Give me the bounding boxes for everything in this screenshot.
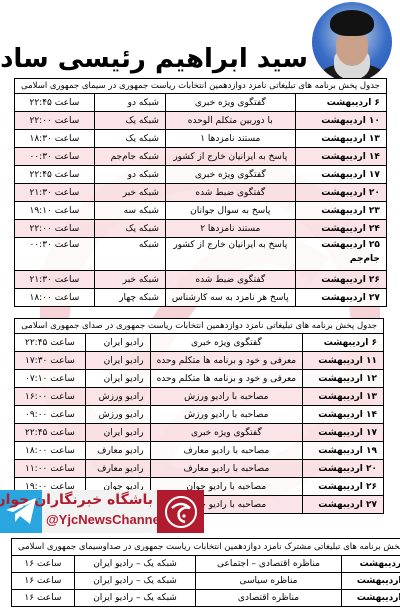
network-cell: شبکه یک — [94, 220, 165, 238]
time-cell: ساعت ۲۲:۴۵ — [15, 94, 95, 112]
time-cell: ساعت ۱۶ — [12, 556, 75, 573]
date-cell: ۱۰ اردیبهشت — [295, 112, 386, 130]
time-cell: ساعت ۲۱:۳۰ — [15, 271, 95, 289]
table-row: ۱۱ اردیبهشتمعرفی و خود و برنامه ها متکلم… — [15, 352, 384, 370]
program-cell: مصاحبه با رادیو ورزش — [150, 406, 303, 424]
network-cell: رادیو ایران — [85, 334, 150, 352]
table-row: ۱۴ اردیبهشتپاسخ به ایرانیان خارج از کشور… — [15, 148, 387, 166]
network-cell: شبکه دو — [94, 166, 165, 184]
table-row: ۲۴ اردیبهشتمستند نامزدها ۲شبکه یکساعت ۲۲… — [15, 220, 387, 238]
table-row: ۱۳ اردیبهشتمصاحبه با رادیو ورزشرادیو ورز… — [15, 388, 384, 406]
date-cell: ۱۳ اردیبهشت — [295, 130, 386, 148]
date-cell: ۲۶ اردیبهشت — [295, 271, 386, 289]
date-cell: ۲۰ اردیبهشت — [303, 460, 384, 478]
time-cell: ساعت ۲۲:۰۰ — [15, 220, 95, 238]
network-cell: رادیو ایران — [85, 424, 150, 442]
date-cell: ۲۲ اردیبهشت — [341, 590, 400, 607]
time-cell: ساعت ۱۸:۰۰ — [15, 289, 95, 307]
date-cell: ۱۲ اردیبهشت — [303, 370, 384, 388]
time-cell: ساعت ۱۷:۳۰ — [15, 352, 86, 370]
time-cell: ساعت ۲۲:۴۵ — [15, 334, 86, 352]
time-cell: ساعت ۱۶:۰۰ — [15, 388, 86, 406]
network-cell: رادیو معارف — [85, 442, 150, 460]
date-cell: ۶ اردیبهشت — [303, 334, 384, 352]
table-row: ۱۰ اردیبهشتبا دوربین متکلم الوحدهشبکه یک… — [15, 112, 387, 130]
time-cell: ساعت ۲۲:۴۵ — [15, 424, 86, 442]
channel-name: باشگاه خبرنگاران جوان — [0, 492, 153, 508]
program-cell: مناظره اقتصادی — [196, 590, 342, 607]
program-cell: مصاحبه با رادیو معارف — [150, 442, 303, 460]
time-cell: ساعت ۱۸:۰۰ — [15, 442, 86, 460]
network-cell: شبکه چهار — [94, 289, 165, 307]
network-cell: شبکه یک – رادیو ایران — [74, 573, 195, 590]
date-cell: ۸ اردیبهشت — [341, 556, 400, 573]
table-caption: جدول پخش برنامه های تبلیغاتی مشترک نامزد… — [12, 539, 400, 556]
program-cell: مصاحبه با رادیو معارف — [150, 460, 303, 478]
date-cell: ۲۰ اردیبهشت — [295, 184, 386, 202]
table-caption: جدول پخش برنامه های تبلیغاتی نامزد دوازد… — [15, 319, 384, 334]
table-row: ۱۷ اردیبهشتگفتگوی ویژه خبریشبکه دوساعت ۲… — [15, 166, 387, 184]
network-cell: رادیو معارف — [85, 460, 150, 478]
yjc-telegram-banner[interactable]: باشگاه خبرنگاران جوان @YjcNewsChannel — [0, 490, 204, 533]
time-cell: ساعت ۰۰:۳۰ — [15, 238, 95, 271]
date-cell: ۲۷ اردیبهشت — [295, 289, 386, 307]
time-cell: ساعت ۲۲:۰۰ — [15, 112, 95, 130]
date-cell: ۶ اردیبهشت — [295, 94, 386, 112]
network-cell: رادیو ورزش — [85, 406, 150, 424]
time-cell: ساعت ۰۷:۱۰ — [15, 370, 86, 388]
program-cell: مناظره سیاسی — [196, 573, 342, 590]
table-row: ۶ اردیبهشتگفتگوی ویژه خبریرادیو ایرانساع… — [15, 334, 384, 352]
time-cell: ساعت ۱۱:۰۰ — [15, 460, 86, 478]
yjc-logo — [157, 490, 204, 533]
network-cell: شبکه خبر — [94, 184, 165, 202]
network-cell: شبکه یک — [94, 112, 165, 130]
table-row: ۲۲ اردیبهشتمناظره اقتصادیشبکه یک – رادیو… — [12, 590, 400, 607]
network-cell: رادیو ایران — [85, 352, 150, 370]
network-cell: شبکه جام‌جم — [94, 148, 165, 166]
program-cell: مناظره اقتصادی – اجتماعی — [196, 556, 342, 573]
time-cell: ساعت ۱۸:۳۰ — [15, 130, 95, 148]
table-row: ۲۳ اردیبهشتپاسخ به سوال جوانانشبکه سهساع… — [15, 202, 387, 220]
date-cell: ۱۳ اردیبهشت — [303, 388, 384, 406]
table-row: ۲۶ اردیبهشتگفتگوی ضبط شدهشبکه خبرساعت ۲۱… — [15, 271, 387, 289]
network-cell: شبکه یک — [94, 130, 165, 148]
time-cell: ساعت ۰۹:۰۰ — [15, 406, 86, 424]
date-cell: ۱۴ اردیبهشت — [295, 148, 386, 166]
radio-schedule-table: جدول پخش برنامه های تبلیغاتی نامزد دوازد… — [14, 318, 384, 514]
program-cell: مستند نامزدها ۲ — [165, 220, 295, 238]
date-cell: ۱۱ اردیبهشت — [303, 352, 384, 370]
table-row: ۲۰ اردیبهشتگفتگوی ضبط شدهشبکه خبرساعت ۲۱… — [15, 184, 387, 202]
program-cell: پاسخ به ایرانیان خارج از کشور — [165, 148, 295, 166]
program-cell: معرفی و خود و برنامه ها متکلم وحده — [150, 370, 303, 388]
table-row: ۸ اردیبهشتمناظره اقتصادی – اجتماعیشبکه ی… — [12, 556, 400, 573]
candidate-portrait — [312, 2, 392, 82]
network-cell: رادیو ورزش — [85, 388, 150, 406]
program-cell: گفتگوی ضبط شده — [165, 184, 295, 202]
time-cell: ساعت ۱۶ — [12, 573, 75, 590]
table-row: ۶ اردیبهشتگفتگوی ویژه خبریشبکه دوساعت ۲۲… — [15, 94, 387, 112]
table-row: ۱۵ اردیبهشتمناظره سیاسیشبکه یک – رادیو ا… — [12, 573, 400, 590]
program-cell: پاسخ به ایرانیان خارج از کشور — [165, 238, 295, 271]
tv-schedule-table: جدول پخش برنامه های تبلیغاتی نامزد دوازد… — [14, 78, 387, 307]
network-cell: شبکه یک – رادیو ایران — [74, 556, 195, 573]
date-cell: ۱۴ اردیبهشت — [303, 406, 384, 424]
program-cell: گفتگوی ویژه خبری — [150, 424, 303, 442]
date-cell: ۲۳ اردیبهشت — [295, 202, 386, 220]
page-title: سید ابراهیم رئیسی ساداتی — [0, 44, 308, 74]
program-cell: مستند نامزدها ۱ — [165, 130, 295, 148]
time-cell: ساعت ۱۶ — [12, 590, 75, 607]
network-cell: شبکه دو — [94, 94, 165, 112]
banner-text-area: باشگاه خبرنگاران جوان @YjcNewsChannel — [42, 490, 157, 533]
date-cell: ۱۷ اردیبهشت — [295, 166, 386, 184]
table-row: ۱۲ اردیبهشتمعرفی و خود و برنامه ها متکلم… — [15, 370, 384, 388]
table-row: ۱۳ اردیبهشتمستند نامزدها ۱شبکه یکساعت ۱۸… — [15, 130, 387, 148]
date-text: ۲۵ اردیبهشت — [321, 240, 380, 250]
time-cell: ساعت ۱۹:۱۰ — [15, 202, 95, 220]
program-cell: معرفی و خود و برنامه ها متکلم وحده — [150, 352, 303, 370]
time-cell: ساعت ۰۰:۳۰ — [15, 148, 95, 166]
table-row: ۱۷ اردیبهشتگفتگوی ویژه خبریرادیو ایرانسا… — [15, 424, 384, 442]
date-cell: ۱۹ اردیبهشت — [303, 442, 384, 460]
time-cell: ساعت ۲۲:۴۵ — [15, 166, 95, 184]
table-row: ۲۰ اردیبهشتمصاحبه با رادیو معارفرادیو مع… — [15, 460, 384, 478]
network-cell: شبکه یک – رادیو ایران — [74, 590, 195, 607]
date-cell: ۲۵ اردیبهشتجام‌جم — [295, 238, 386, 271]
network-cell: رادیو ایران — [85, 370, 150, 388]
portrait-turban — [330, 10, 374, 36]
date-cell: ۲۶ اردیبهشت — [303, 478, 384, 496]
channel-handle[interactable]: @YjcNewsChannel — [46, 512, 163, 527]
table-caption: جدول پخش برنامه های تبلیغاتی نامزد دوازد… — [15, 79, 387, 94]
program-cell: گفتگوی ویژه خبری — [150, 334, 303, 352]
program-cell: گفتگوی ویژه خبری — [165, 166, 295, 184]
yjc-emblem-icon — [163, 494, 199, 530]
table-row: ۲۷ اردیبهشتپاسخ هر نامزد به سه کارشناسشب… — [15, 289, 387, 307]
program-cell: پاسخ هر نامزد به سه کارشناس — [165, 289, 295, 307]
table-row: ۱۹ اردیبهشتمصاحبه با رادیو معارفرادیو مع… — [15, 442, 384, 460]
network-cell: شبکه — [94, 238, 165, 271]
date-cell: ۲۷ اردیبهشت — [303, 496, 384, 514]
table-row: ۱۴ اردیبهشتمصاحبه با رادیو ورزشرادیو ورز… — [15, 406, 384, 424]
page-header: سید ابراهیم رئیسی ساداتی — [0, 0, 400, 82]
table-row: ۲۵ اردیبهشتجام‌جمپاسخ به ایرانیان خارج ا… — [15, 238, 387, 271]
network-cell: شبکه سه — [94, 202, 165, 220]
date-cell: ۱۷ اردیبهشت — [303, 424, 384, 442]
program-cell: گفتگوی ضبط شده — [165, 271, 295, 289]
program-cell: پاسخ به سوال جوانان — [165, 202, 295, 220]
time-cell: ساعت ۲۱:۳۰ — [15, 184, 95, 202]
program-cell: مصاحبه با رادیو ورزش — [150, 388, 303, 406]
date-cell: ۱۵ اردیبهشت — [341, 573, 400, 590]
network-cell: شبکه خبر — [94, 271, 165, 289]
program-cell: با دوربین متکلم الوحده — [165, 112, 295, 130]
date-cell: ۲۴ اردیبهشت — [295, 220, 386, 238]
program-cell: گفتگوی ویژه خبری — [165, 94, 295, 112]
debate-schedule-table: جدول پخش برنامه های تبلیغاتی مشترک نامزد… — [11, 538, 400, 607]
date-extra-text: جام‌جم — [350, 254, 380, 264]
